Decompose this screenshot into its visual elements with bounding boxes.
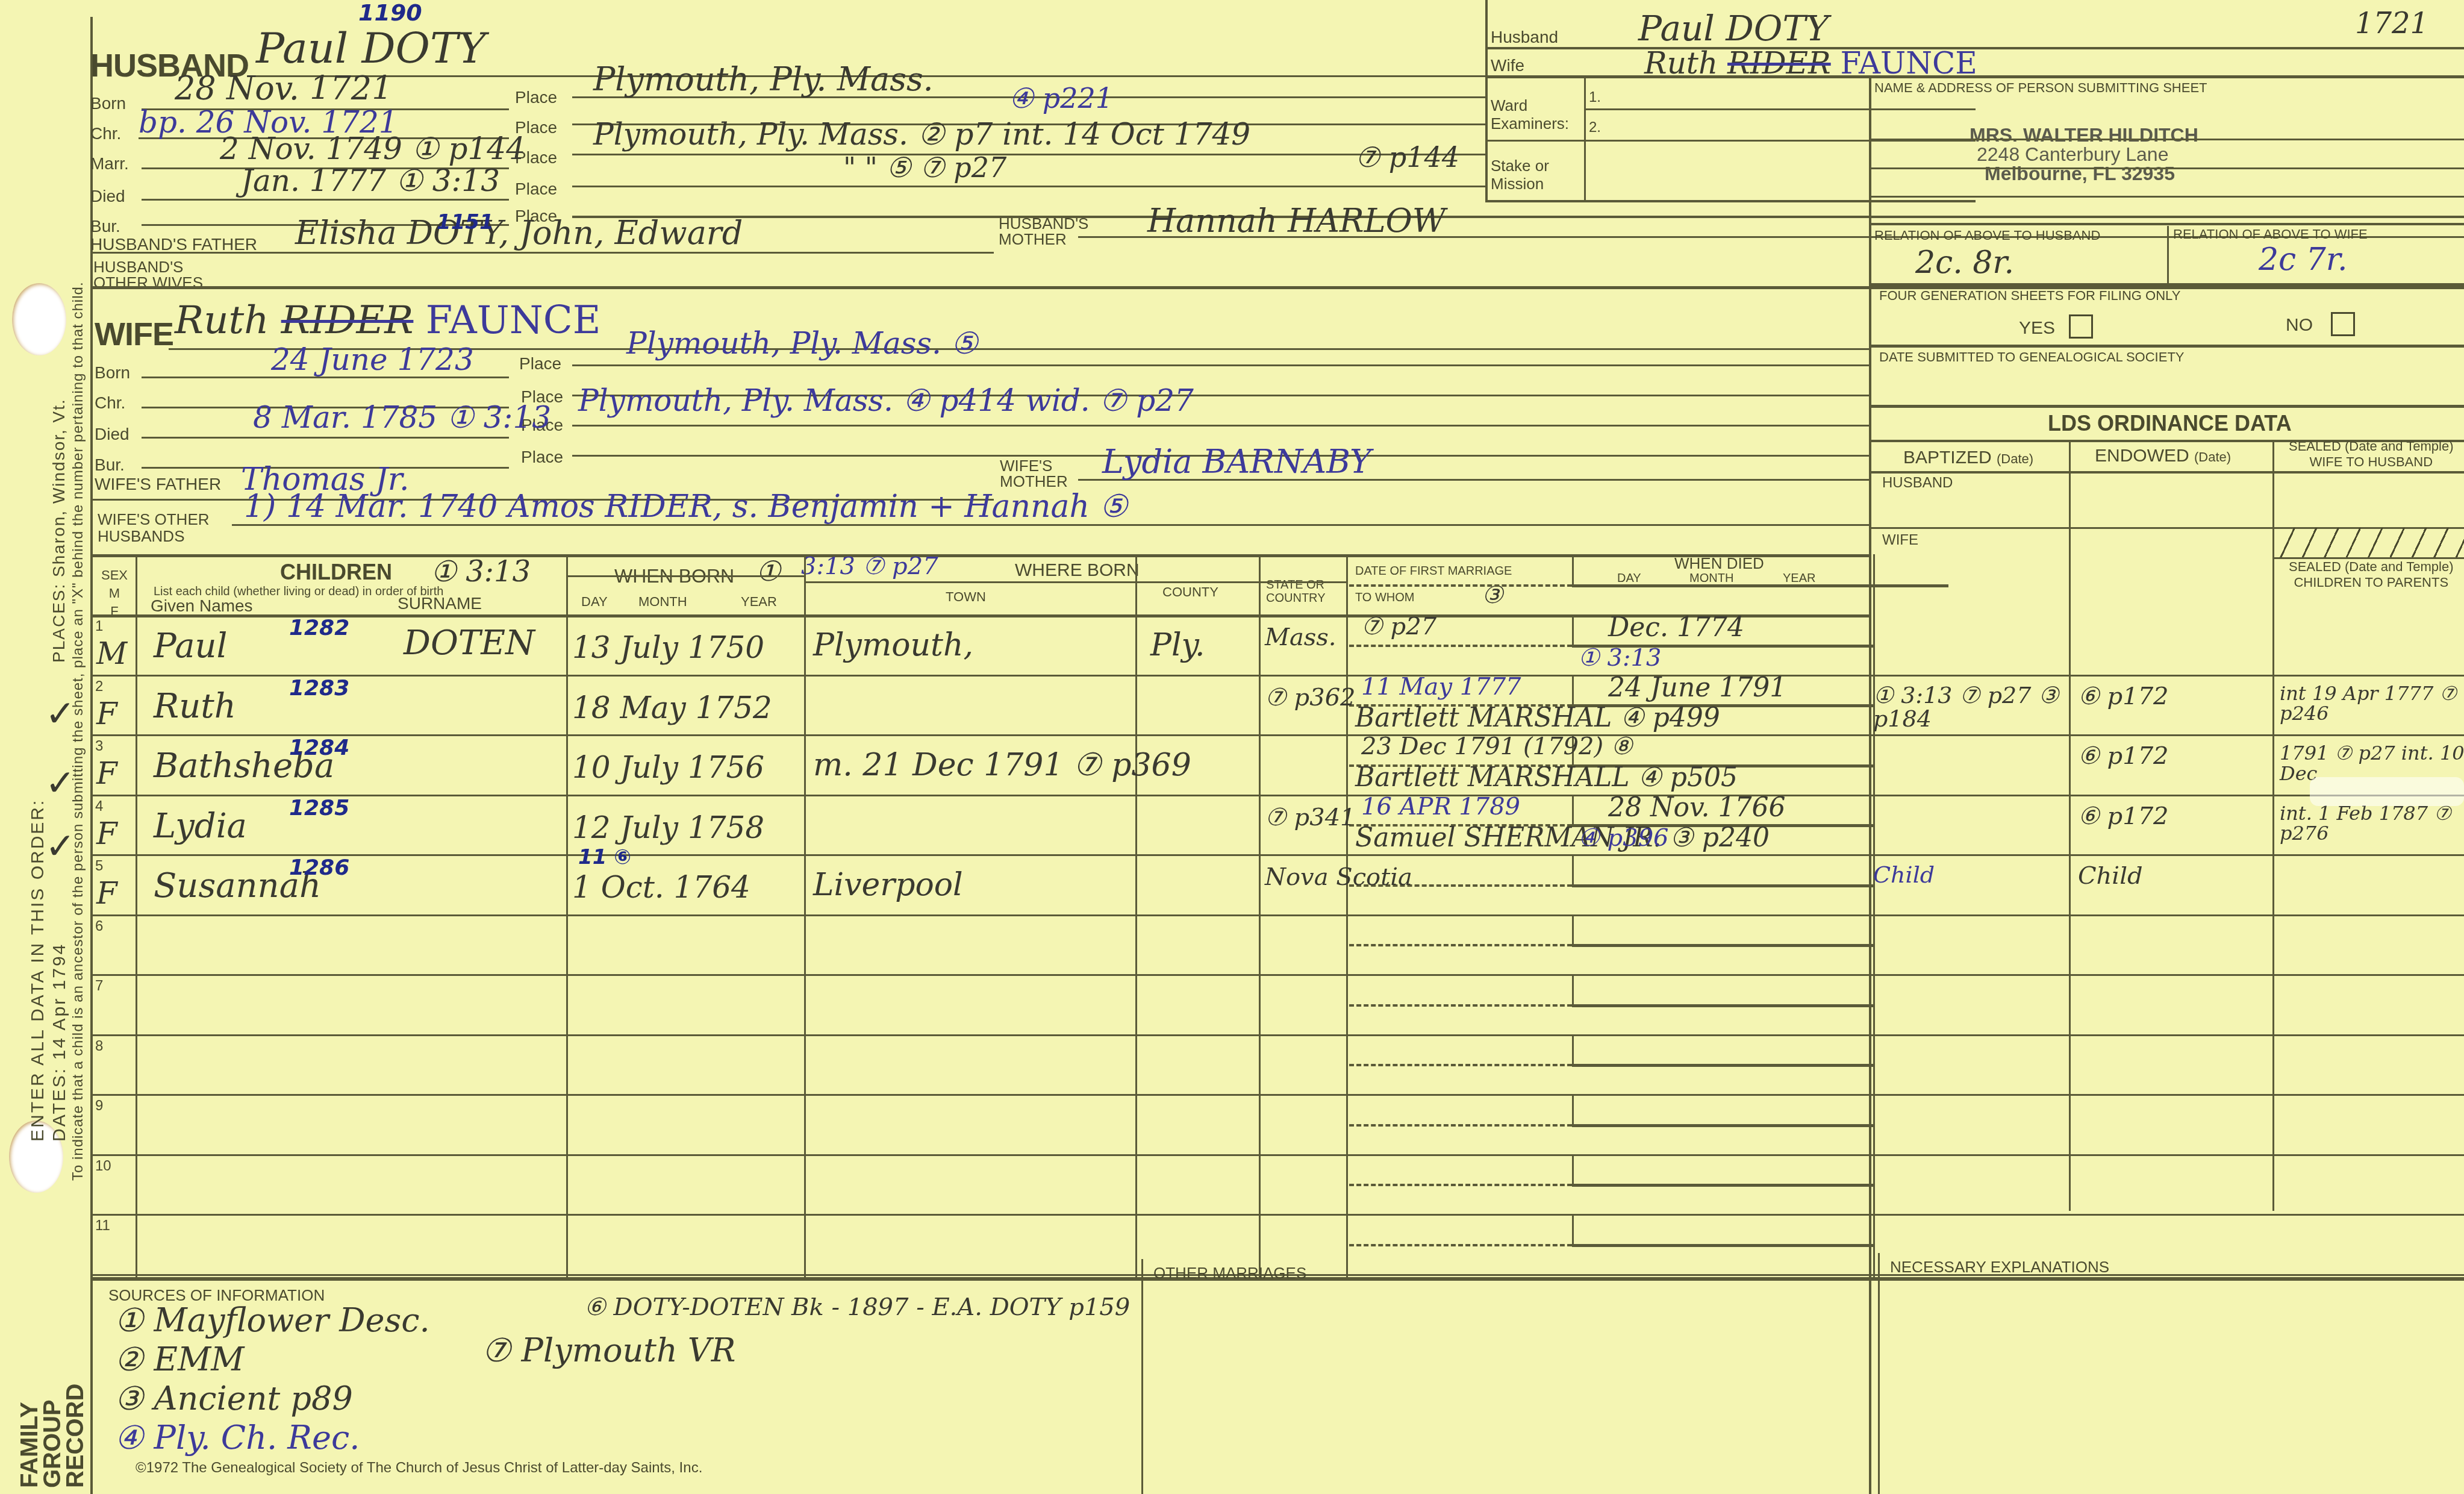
child-row-number: 5 [95,859,103,874]
child-baptized[interactable]: Child [1873,863,2066,887]
wife-born-place[interactable]: Plymouth, Ply. Mass. ⑤ [626,328,978,358]
sealed-children-header: SEALED (Date and Temple)CHILDREN TO PARE… [2289,559,2454,590]
husband-name[interactable]: Paul DOTY [256,27,486,69]
child-sex[interactable]: F [96,878,117,908]
child-birth-date[interactable]: 18 May 1752 [572,693,772,723]
child-marriage-date[interactable]: 23 Dec 1791 (1792) ⑧ [1361,734,1633,758]
child-birth-town[interactable]: Liverpool [813,869,963,901]
child-sex[interactable]: F [96,699,117,729]
given-names-header: Given Names [151,598,253,614]
relation-wife-label: RELATION OF ABOVE TO WIFE [2173,228,2368,241]
child-born-note: 11 ⑥ [578,847,631,867]
wife-bur-place-label: Place [521,449,563,466]
child-id-number: 1283 [289,678,349,699]
child-death-date[interactable]: 28 Nov. 1766 [1608,795,1786,821]
to-whom-source: ③ [1482,583,1503,607]
child-death-note: ① 3:13 [1578,646,1661,670]
child-surname[interactable]: DOTEN [404,627,535,660]
child-id-number: 1284 [289,737,349,759]
child-id-number: 1286 [289,857,349,879]
checkmark-icon: ✓ [45,828,75,864]
child-row-number: 10 [95,1159,111,1174]
town-header: TOWN [946,590,986,604]
child-id-number: 1282 [289,617,349,639]
husband-chr-source: ④ p221 [1009,84,1113,112]
husband-chr-label: Chr. [90,125,121,142]
children-source: ① 3:13 [431,557,531,586]
submitter-name: MRS. WALTER HILDITCH [1970,125,2198,145]
child-birth-state[interactable]: Mass. [1265,625,1336,649]
child-given-name[interactable]: Paul [154,630,228,663]
checkmark-icon: ✓ [45,765,75,801]
child-endowed[interactable]: Child [2078,863,2271,889]
child-birth-date[interactable]: 1 Oct. 1764 [572,872,750,902]
child-row-number: 4 [95,799,103,814]
other-marriages-label: OTHER MARRIAGES [1153,1265,1306,1281]
children-table: SEXMF CHILDREN ① 3:13 List each child (w… [90,554,1869,1277]
husband-died-source: ⑦ p144 [1355,143,1459,171]
submitter-street: 2248 Canterbury Lane [1977,145,2168,164]
source-item[interactable]: ⑥ DOTY-DOTEN Bk - 1897 - E.A. DOTY p159 [584,1295,1130,1319]
husband-born-date[interactable]: 28 Nov. 1721 [175,72,393,105]
correction-patch [2310,777,2464,806]
child-birth-date[interactable]: 10 July 1756 [572,752,764,783]
husband-died-place[interactable]: " " ⑤ ⑦ p27 [843,154,1006,181]
died-day-header: DAY [1617,572,1641,584]
child-row-number: 1 [95,619,103,634]
wife-other-husbands-label: WIFE'S OTHERHUSBANDS [98,511,210,545]
child-death-date[interactable]: Dec. 1774 [1608,614,1744,641]
child-row-number: 3 [95,739,103,754]
no-label: NO [2286,316,2313,334]
wife-born-label: Born [95,364,130,381]
child-given-name[interactable]: Lydia [154,810,247,843]
no-checkbox[interactable] [2331,312,2355,336]
sex-header: SEXMF [101,566,128,620]
examiner-2-label: 2. [1589,120,1601,135]
wife-born-place-label: Place [519,355,561,372]
child-spouse[interactable]: Bartlett MARSHAL ④ p499 [1355,705,1720,731]
child-spouse[interactable]: Samuel SHERMAN JR. ③ p240 [1355,825,1770,851]
child-sex[interactable]: F [96,758,117,789]
child-birth-state[interactable]: ⑦ p362 [1265,686,1356,710]
checkmark-icon: ✓ [45,696,75,732]
lds-husband-row-label: HUSBAND [1882,476,1953,490]
enter-order-label: ENTER ALL DATA IN THIS ORDER: [29,799,47,1142]
first-marriage-header: DATE OF FIRST MARRIAGE [1355,565,1512,577]
when-born-source: ① [756,557,781,585]
child-marriage-date[interactable]: ⑦ p27 [1361,614,1436,639]
husband-born-place-label: Place [515,89,557,106]
child-sealed[interactable]: int. 1 Feb 1787 ⑦ p276 [2280,804,2464,844]
wife-mother[interactable]: Lydia BARNABY [1102,446,1371,478]
punch-hole [12,283,66,355]
relation-husband-label: RELATION OF ABOVE TO HUSBAND [1874,229,2100,242]
explanations-label: NECESSARY EXPLANATIONS [1890,1259,2109,1275]
when-died-header: WHEN DIED [1674,555,1764,571]
wife-mother-label: WIFE'SMOTHER [1000,458,1068,489]
header-wife-value[interactable]: Ruth RIDER FAUNCE [1644,48,1977,78]
ward-examiners-label: WardExaminers: [1491,96,1569,133]
husband-father-label: HUSBAND'S FATHER [90,236,257,253]
yes-checkbox[interactable] [2069,314,2093,339]
surname-header: SURNAME [398,595,482,612]
child-id-number: 1285 [289,798,349,819]
husband-born-place[interactable]: Plymouth, Ply. Mass. [593,63,934,96]
child-birth-town[interactable]: m. 21 Dec 1791 ⑦ p369 [813,749,1191,781]
where-born-source: 3:13 ⑦ p27 [801,554,938,578]
child-birth-county[interactable]: Ply. [1150,630,1205,661]
wife-other-husbands[interactable]: 1) 14 Mar. 1740 Amos RIDER, s. Benjamin … [244,491,1128,522]
relation-husband-value[interactable]: 2c. 8r. [1915,247,2014,278]
husband-died-date[interactable]: Jan. 1777 ① 3:13 [241,166,500,196]
header-husband-label: Husband [1491,29,1558,46]
lds-wife-row-label: WIFE [1882,533,1918,548]
husband-mother[interactable]: Hannah HARLOW [1147,205,1446,237]
child-endowed[interactable]: ⑥ p172 [2078,684,2271,709]
child-row-number: 7 [95,979,103,993]
child-sex[interactable]: F [96,819,117,849]
wife-born-date[interactable]: 24 June 1723 [271,345,474,375]
child-birth-town[interactable]: Plymouth, [813,630,973,661]
places-hint: PLACES: Sharon, Windsor, Vt. [51,398,67,663]
child-marriage-date[interactable]: 16 APR 1789 [1361,795,1520,819]
children-header: CHILDREN [280,561,392,583]
died-year-header: YEAR [1783,572,1815,584]
wife-died-label: Died [95,426,129,443]
husband-marr-label: Marr. [90,155,129,172]
husband-born-label: Born [90,95,126,112]
yes-label: YES [2019,319,2055,337]
died-month-header: MONTH [1689,572,1733,584]
child-death-note: ④ p396 [1578,826,1669,850]
source-item[interactable]: ⑦ Plymouth VR [482,1334,735,1367]
wife-died-place[interactable]: Plymouth, Ply. Mass. ④ p414 wid. ⑦ p27 [578,386,1194,416]
wife-chr-label: Chr. [95,395,125,411]
husband-died-label: Died [90,188,125,205]
child-given-name[interactable]: Ruth [154,690,236,724]
child-birth-state[interactable]: Nova Scotia [1265,865,1412,889]
wife-father-label: WIFE'S FATHER [95,476,221,493]
record-title: FAMILY GROUP RECORD [18,1367,87,1488]
child-row-number: 2 [95,680,103,694]
sheet-reference: 1721 [2355,9,2428,38]
to-whom-header: TO WHOM [1355,592,1415,604]
date-submitted-label: DATE SUBMITTED TO GENEALOGICAL SOCIETY [1879,351,2185,364]
day-header: DAY [581,595,608,608]
relation-wife-value[interactable]: 2c 7r. [2259,244,2348,275]
record-title-text: FAMILY GROUP RECORD [18,1367,87,1488]
where-born-header: WHERE BORN [1015,561,1140,580]
child-baptized[interactable]: ① 3:13 ⑦ p27 ③ p184 [1873,684,2066,732]
child-endowed[interactable]: ⑥ p172 [2078,743,2271,769]
header-husband-value[interactable]: Paul DOTY [1638,11,1829,46]
county-header: COUNTY [1162,586,1218,599]
wife-heading: WIFE [95,318,173,351]
child-death-date[interactable]: 24 June 1791 [1608,675,1786,701]
lds-title: LDS ORDINANCE DATA [2048,413,2292,434]
submitter-city: Melbourne, FL 32935 [1985,164,2175,183]
source-item[interactable]: ② EMM [114,1343,245,1376]
header-wife-label: Wife [1491,57,1524,74]
hatched-area [2274,528,2464,558]
child-sex[interactable]: M [96,639,127,669]
dates-hint: DATES: 14 Apr 1794 [51,943,69,1142]
source-item[interactable]: ① Mayflower Desc. [114,1304,430,1337]
wife-bur-label: Bur. [95,457,125,474]
child-row-number: 8 [95,1039,103,1054]
child-spouse[interactable]: Bartlett MARSHALL ④ p505 [1355,764,1738,791]
endowed-header: ENDOWED (Date) [2095,447,2231,465]
child-row-number: 9 [95,1099,103,1113]
child-birth-state[interactable]: ⑦ p341 [1265,805,1356,830]
child-birth-date[interactable]: 13 July 1750 [572,633,764,663]
husband-marr-place[interactable]: Plymouth, Ply. Mass. ② p7 int. 14 Oct 17… [593,119,1250,149]
source-item[interactable]: ③ Ancient p89 [114,1383,353,1415]
year-header: YEAR [741,595,777,608]
baptized-header: BAPTIZED (Date) [1903,449,2033,467]
submitter-label: NAME & ADDRESS OF PERSON SUBMITTING SHEE… [1874,81,2207,95]
wife-died-date[interactable]: 8 Mar. 1785 ① 3:13 [253,402,551,433]
child-row-number: 6 [95,919,103,934]
source-item[interactable]: ④ Ply. Ch. Rec. [114,1422,360,1454]
examiner-1-label: 1. [1589,90,1601,105]
husband-mother-label: HUSBAND'SMOTHER [999,216,1088,247]
child-row-number: 11 [95,1219,110,1233]
child-endowed[interactable]: ⑥ p172 [2078,804,2271,829]
husband-marr-date[interactable]: 2 Nov. 1749 ① p144 [220,134,525,164]
sealed-wife-header: SEALED (Date and Temple)WIFE TO HUSBAND [2289,439,2454,470]
stake-mission-label: Stake orMission [1491,157,1549,193]
husband-bur-label: Bur. [90,218,120,235]
husband-id-number: 1190 [358,1,422,24]
four-gen-label: FOUR GENERATION SHEETS FOR FILING ONLY [1879,289,2180,302]
husband-father-id: 1151 [437,212,494,233]
husband-died-place-label: Place [515,181,557,198]
husband-father[interactable]: Elisha DOTY, John, Edward [295,217,743,249]
child-birth-date[interactable]: 12 July 1758 [572,813,764,843]
wife-name[interactable]: Ruth RIDER FAUNCE [175,301,600,340]
month-header: MONTH [638,595,687,608]
copyright-notice: ©1972 The Genealogical Society of The Ch… [136,1461,702,1475]
child-marriage-date[interactable]: 11 May 1777 [1361,675,1521,699]
child-sealed[interactable]: int 19 Apr 1777 ⑦ p246 [2280,684,2464,724]
